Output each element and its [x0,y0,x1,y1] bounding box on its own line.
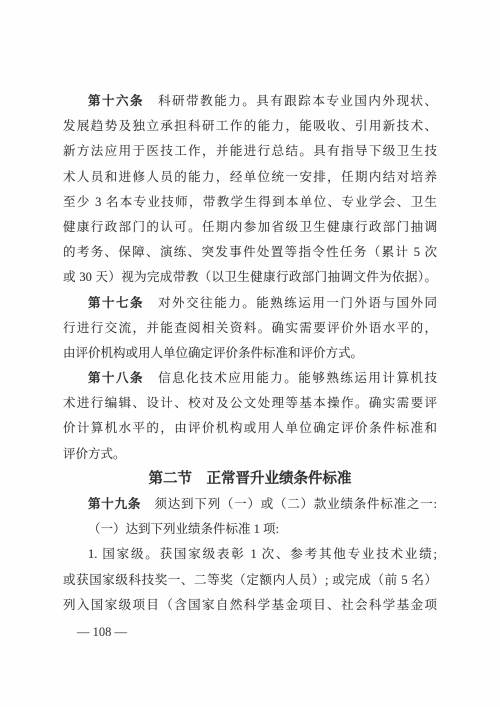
text-line: 或 30 天）视为完成带教（以卫生健康行政部门抽调文件为依据）。 [63,265,437,290]
text-line: 评价方式。 [63,442,437,467]
text-line: 的考务、保障、演练、突发事件处置等指令性任务（累计 5 次 [63,240,437,265]
text-line: （一）达到下列业绩条件标准 1 项: [63,517,437,542]
text-line: 1. 国家级。获国家级表彰 1 次、参考其他专业技术业绩; [63,542,437,567]
text-line-article-17: 第十七条 对外交往能力。能熟练运用一门外语与国外同 [63,291,437,316]
page-number: — 108 — [77,625,437,639]
text-line: 健康行政部门的认可。任期内参加省级卫生健康行政部门抽调 [63,215,437,240]
text-line-article-16: 第十六条 科研带教能力。具有跟踪本专业国内外现状、 [63,89,437,114]
article-number: 第十八条 [88,371,144,385]
text-line: 术进行编辑、设计、校对及公文处理等基本操作。确实需要评 [63,391,437,416]
article-number: 第十九条 [88,497,141,511]
text-line: 价计算机水平的，由评价机构或用人单位确定评价条件标准和 [63,416,437,441]
line-text: 科研带教能力。具有跟踪本专业国内外现状、 [144,94,437,108]
text-line-article-18: 第十八条 信息化技术应用能力。能够熟练运用计算机技 [63,366,437,391]
text-line: 或获国家级科技奖一、二等奖（定额内人员）; 或完成（前 5 名） [63,568,437,593]
section-heading: 第二节 正常晋升业绩条件标准 [63,467,437,492]
line-text: 对外交往能力。能熟练运用一门外语与国外同 [144,296,437,310]
line-text: 须达到下列（一）或（二）款业绩条件标准之一: [141,497,437,511]
article-number: 第十六条 [88,94,144,108]
document-page: 第十六条 科研带教能力。具有跟踪本专业国内外现状、 发展趋势及独立承担科研工作的… [0,0,500,707]
text-line: 至少 3 名本专业技师，带教学生得到本单位、专业学会、卫生 [63,190,437,215]
text-line: 由评价机构或用人单位确定评价条件标准和评价方式。 [63,341,437,366]
text-line: 行进行交流，并能查阅相关资料。确实需要评价外语水平的， [63,316,437,341]
text-line-article-19: 第十九条 须达到下列（一）或（二）款业绩条件标准之一: [63,492,437,517]
document-body: 第十六条 科研带教能力。具有跟踪本专业国内外现状、 发展趋势及独立承担科研工作的… [63,89,437,618]
text-line: 术人员和进修人员的能力，经单位统一安排，任期内结对培养 [63,165,437,190]
text-line: 新方法应用于医技工作，并能进行总结。具有指导下级卫生技 [63,139,437,164]
text-line: 列入国家级项目（含国家自然科学基金项目、社会科学基金项 [63,593,437,618]
text-line: 发展趋势及独立承担科研工作的能力，能吸收、引用新技术、 [63,114,437,139]
article-number: 第十七条 [88,296,144,310]
line-text: 信息化技术应用能力。能够熟练运用计算机技 [144,371,437,385]
